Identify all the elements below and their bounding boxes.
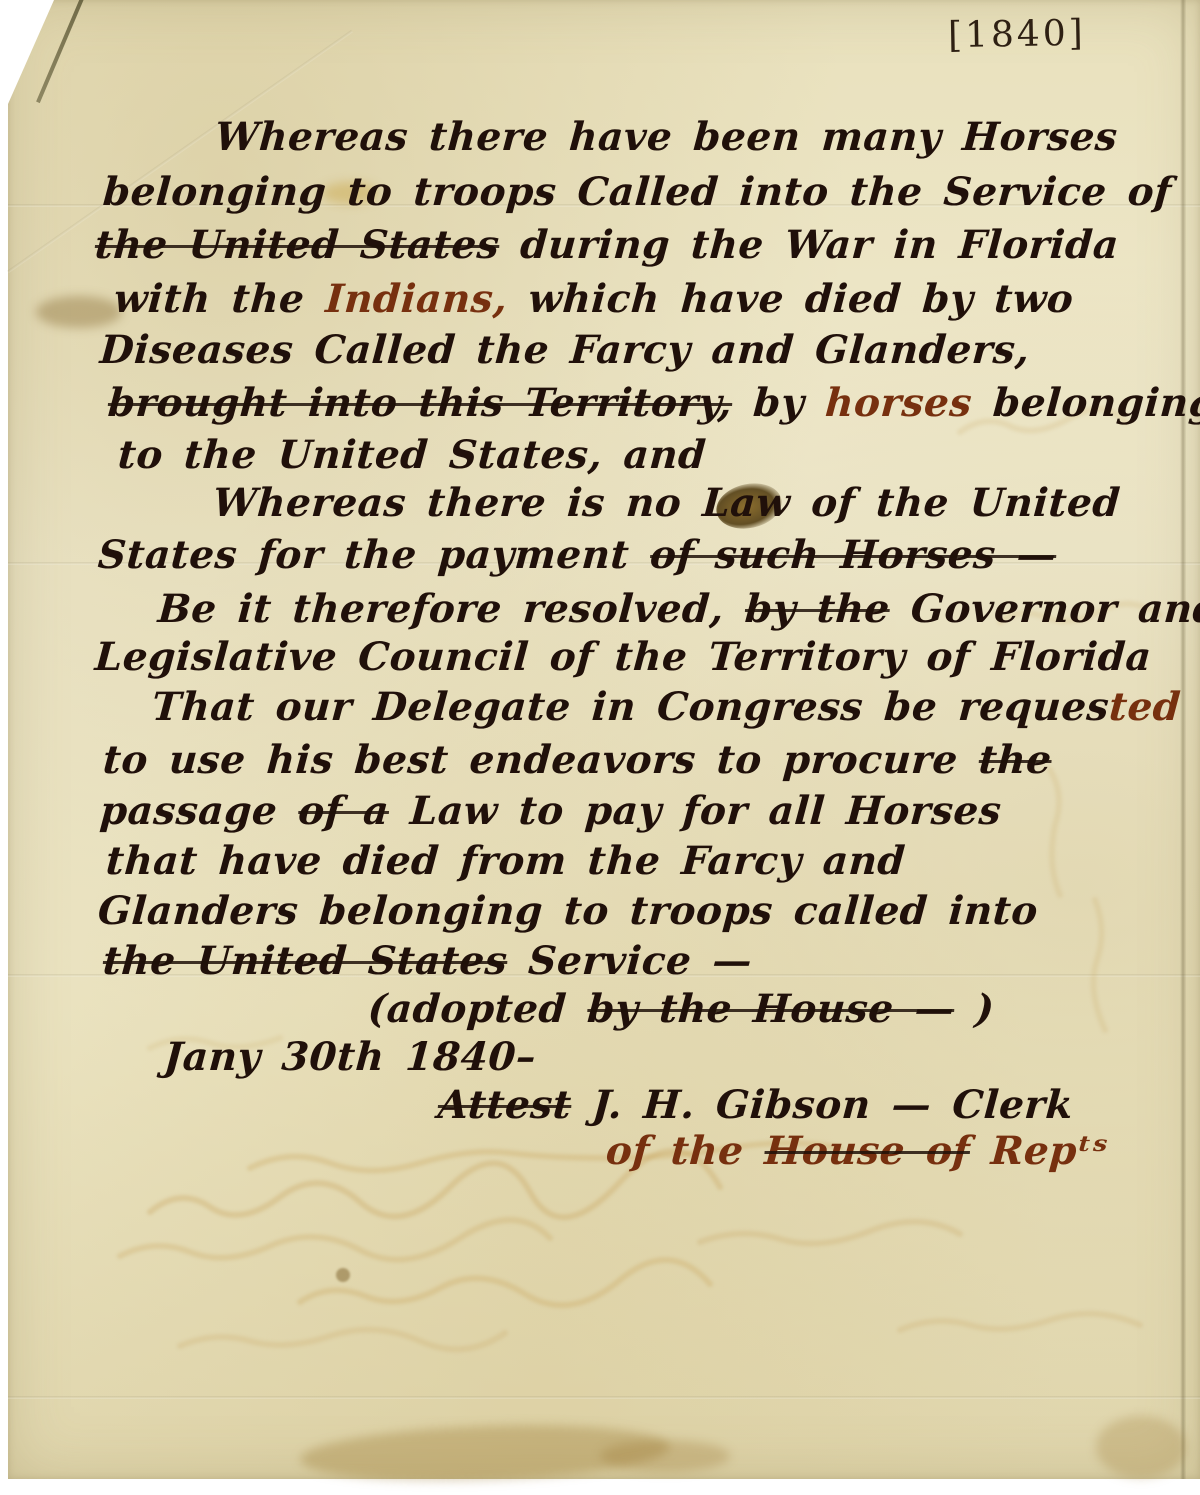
manuscript-segment: Be it therefore resolved,: [156, 586, 746, 632]
page-edge-fold: [1180, 0, 1186, 1479]
manuscript-segment: by: [731, 380, 827, 426]
manuscript-segment: to use his best endeavors to procure: [101, 737, 980, 783]
manuscript-line: Legislative Council of the Territory of …: [93, 634, 1153, 680]
manuscript-segment: Law of the United: [701, 480, 1122, 526]
manuscript-segment: Repᵗˢ: [968, 1128, 1109, 1174]
manuscript-line: to use his best endeavors to procure the: [101, 737, 1053, 783]
year-annotation: [1840]: [948, 13, 1086, 56]
manuscript-line: States for the payment of such Horses —: [96, 532, 1058, 578]
manuscript-segment: brought into this Territory,: [106, 380, 733, 426]
manuscript-segment: States for the payment: [96, 532, 651, 578]
manuscript-line: Be it therefore resolved, by the Governo…: [156, 586, 1200, 632]
manuscript-segment: Whereas there have been many Horses: [213, 114, 1119, 160]
manuscript-segment: by the House —: [586, 986, 956, 1032]
manuscript-segment: of the: [604, 1128, 766, 1174]
manuscript-line: to the United States, and: [116, 432, 707, 478]
manuscript-segment: Glanders belonging to troops called into: [96, 888, 1039, 934]
manuscript-segment: That our Delegate in Congress be reques: [150, 684, 1110, 730]
manuscript-segment: J. H. Gibson — Clerk: [570, 1082, 1075, 1128]
manuscript-segment: that have died from the Farcy and: [104, 838, 907, 884]
manuscript-segment: House of: [763, 1128, 972, 1174]
manuscript-segment: Whereas there is no: [211, 480, 704, 526]
paper-stain: [1096, 1416, 1186, 1478]
manuscript-segment: Governor and: [888, 586, 1200, 632]
manuscript-line: Glanders belonging to troops called into: [96, 888, 1039, 934]
manuscript-segment: of a: [297, 788, 391, 834]
manuscript-line: Whereas there is no Law of the United: [211, 480, 1122, 526]
paper-stain: [600, 1440, 730, 1472]
manuscript-line: brought into this Territory, by horses b…: [106, 380, 1200, 426]
manuscript-line: of the House of Repᵗˢ: [604, 1128, 1109, 1174]
manuscript-line: Jany 30th 1840–: [162, 1034, 537, 1080]
manuscript-line: Diseases Called the Farcy and Glanders,: [98, 327, 1031, 373]
manuscript-segment: the United States: [93, 222, 501, 268]
manuscript-segment: belonging: [970, 380, 1200, 426]
fold-crease: [8, 1396, 1200, 1399]
paper-stain: [36, 296, 122, 328]
manuscript-segment: belonging to troops Called into the Serv…: [101, 169, 1173, 215]
manuscript-segment: ted: [1108, 684, 1183, 730]
manuscript-segment: during the War in Florida: [498, 222, 1121, 268]
manuscript-segment: of such Horses —: [649, 532, 1058, 578]
manuscript-line: that have died from the Farcy and: [104, 838, 907, 884]
manuscript-segment: Service —: [506, 938, 754, 984]
manuscript-segment: to the United States, and: [116, 432, 707, 478]
manuscript-segment: (adopted: [366, 986, 589, 1032]
manuscript-segment: with the: [112, 276, 327, 322]
manuscript-line: That our Delegate in Congress be request…: [150, 684, 1182, 730]
manuscript-segment: Law to pay for all Horses: [387, 788, 1003, 834]
manuscript-segment: horses: [824, 380, 974, 426]
manuscript-segment: passage: [98, 788, 300, 834]
manuscript-line: the United States Service —: [101, 938, 753, 984]
manuscript-segment: the United States: [101, 938, 509, 984]
manuscript-line: the United States during the War in Flor…: [93, 222, 1120, 268]
manuscript-segment: Legislative Council of the Territory of …: [93, 634, 1153, 680]
manuscript-segment: which have died by two: [506, 276, 1075, 322]
manuscript-line: passage of a Law to pay for all Horses: [98, 788, 1003, 834]
manuscript-segment: Indians,: [324, 276, 509, 322]
manuscript-line: with the Indians, which have died by two: [112, 276, 1075, 322]
paper-stain: [336, 1268, 350, 1282]
manuscript-line: Whereas there have been many Horses: [213, 114, 1119, 160]
manuscript-line: (adopted by the House — ): [366, 986, 996, 1032]
manuscript-segment: Diseases Called the Farcy and Glanders,: [98, 327, 1031, 373]
manuscript-line: Attest J. H. Gibson — Clerk: [436, 1082, 1074, 1128]
manuscript-segment: Jany 30th 1840–: [162, 1034, 537, 1080]
manuscript-segment: by the: [743, 586, 891, 632]
manuscript-segment: Attest: [436, 1082, 573, 1128]
manuscript-line: belonging to troops Called into the Serv…: [101, 169, 1173, 215]
manuscript-segment: the: [977, 737, 1053, 783]
manuscript-segment: ): [953, 986, 996, 1032]
